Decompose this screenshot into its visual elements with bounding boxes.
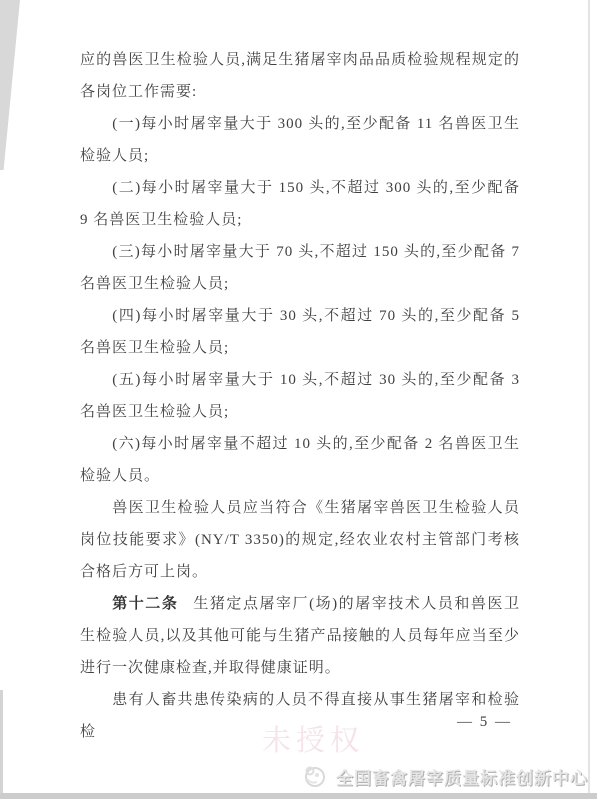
list-item-2: (二)每小时屠宰量大于 150 头,不超过 300 头的,至少配备 9 名兽医卫… xyxy=(80,172,520,236)
page-number: — 5 — xyxy=(80,706,512,738)
article-12-paragraph: 第十二条生猪定点屠宰厂(场)的屠宰技术人员和兽医卫生检验人员,以及其他可能与生猪… xyxy=(80,588,520,684)
scan-edge-left xyxy=(0,690,3,799)
document-body: 应的兽医卫生检验人员,满足生猪屠宰肉品品质检验规程规定的各岗位工作需要: (一)… xyxy=(80,44,520,748)
list-item-4: (四)每小时屠宰量大于 30 头,不超过 70 头的,至少配备 5 名兽医卫生检… xyxy=(80,300,520,364)
paragraph-qualification: 兽医卫生检验人员应当符合《生猪屠宰兽医卫生检验人员岗位技能要求》(NY/T 33… xyxy=(80,492,520,588)
document-page: 应的兽医卫生检验人员,满足生猪屠宰肉品品质检验规程规定的各岗位工作需要: (一)… xyxy=(0,0,597,799)
paragraph-continuation: 应的兽医卫生检验人员,满足生猪屠宰肉品品质检验规程规定的各岗位工作需要: xyxy=(80,44,520,108)
scan-edge-right xyxy=(588,0,590,793)
list-item-3: (三)每小时屠宰量大于 70 头,不超过 150 头的,至少配备 7 名兽医卫生… xyxy=(80,236,520,300)
footer-org-name: 全国畜禽屠宰质量标准创新中心 xyxy=(336,764,588,789)
scan-edge-bottom xyxy=(0,793,597,799)
list-item-1: (一)每小时屠宰量大于 300 头的,至少配备 11 名兽医卫生检验人员; xyxy=(80,108,520,172)
list-item-6: (六)每小时屠宰量不超过 10 头的,至少配备 2 名兽医卫生检验人员。 xyxy=(80,428,520,492)
list-item-5: (五)每小时屠宰量大于 10 头,不超过 30 头的,至少配备 3 名兽医卫生检… xyxy=(80,364,520,428)
center-emblem-icon xyxy=(302,763,328,789)
article-12-number: 第十二条 xyxy=(112,596,178,612)
scan-edge-top-left xyxy=(0,0,20,170)
footer-branding: 全国畜禽屠宰质量标准创新中心 xyxy=(302,760,588,792)
